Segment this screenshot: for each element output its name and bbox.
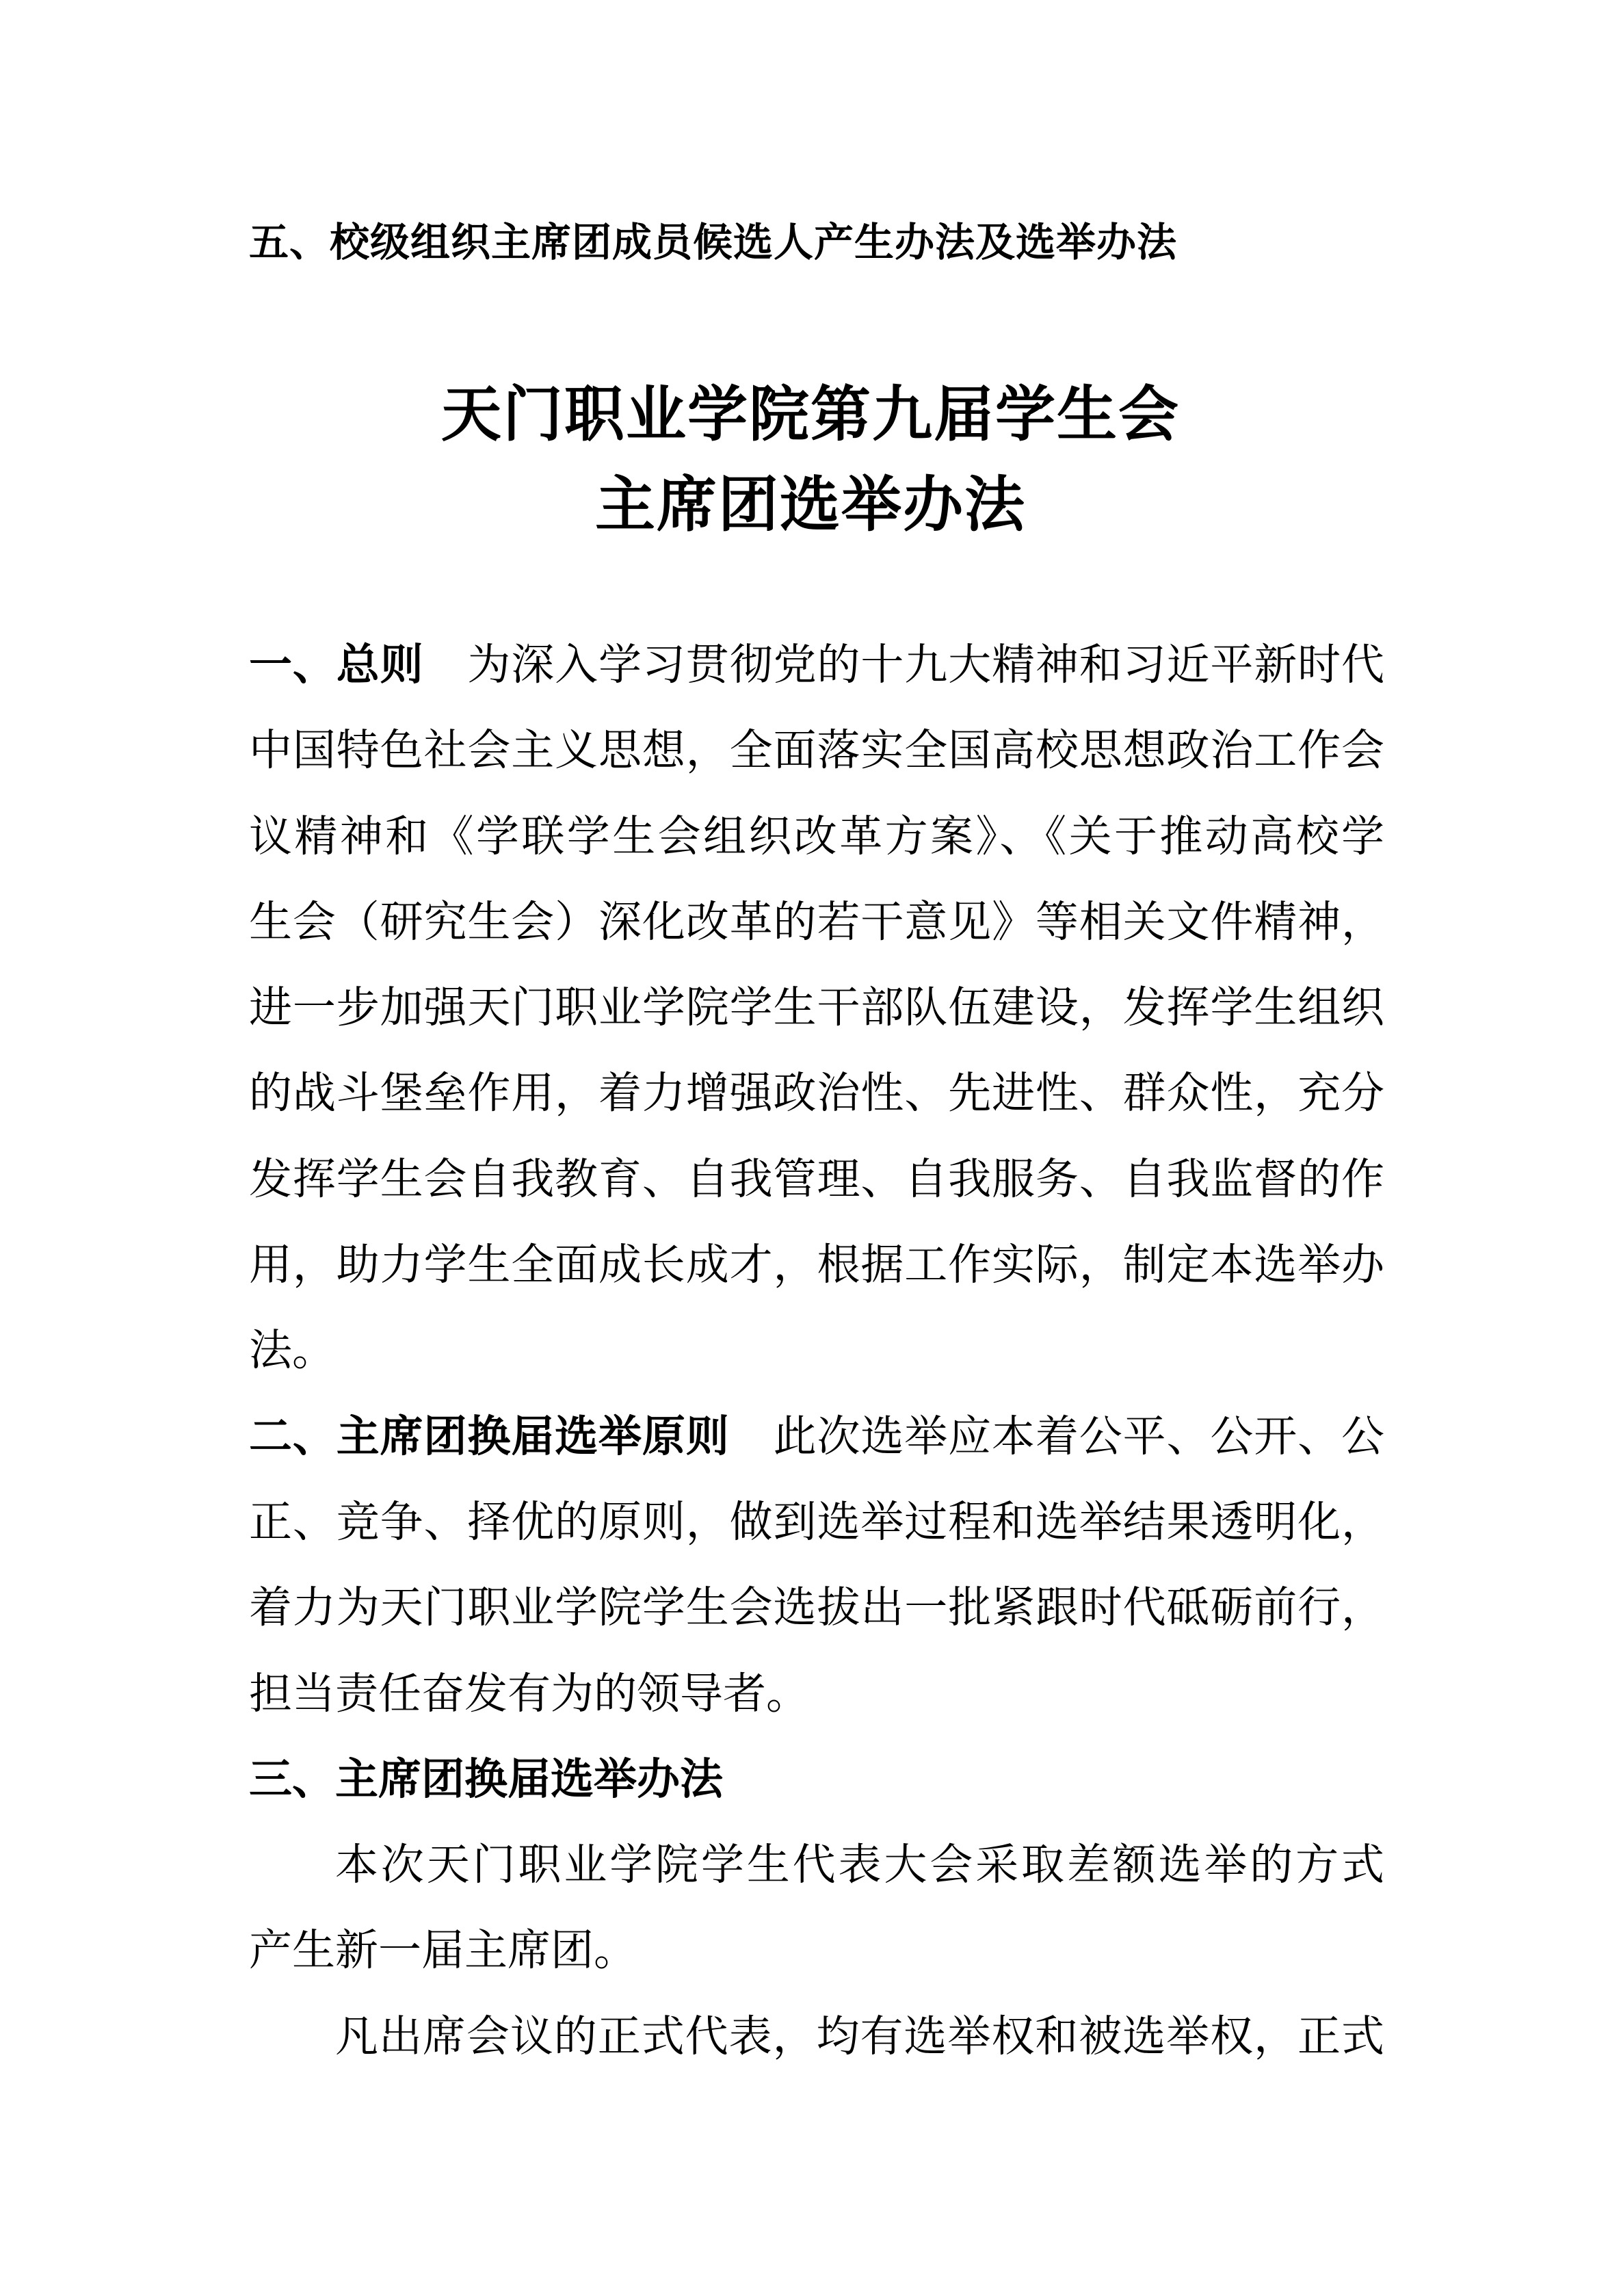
- body-line: 生会（研究生会）深化改革的若干意见》等相关文件精神，: [249, 880, 1384, 965]
- document-title: 天门职业学院第九届学生会 主席团选举办法: [0, 371, 1621, 551]
- body-line: 产生新一届主席团。: [249, 1908, 1384, 1994]
- line-text: 发挥学生会自我教育、自我管理、自我服务、自我监督的作: [249, 1156, 1384, 1203]
- line-text: 着力为天门职业学院学生会选拔出一批紧跟时代砥砺前行，: [249, 1584, 1384, 1632]
- line-text: 本次天门职业学院学生代表大会采取差额选举的方式: [335, 1841, 1384, 1889]
- body-line: 凡出席会议的正式代表，均有选举权和被选举权，正式: [249, 1994, 1384, 2080]
- line-text: 的战斗堡垒作用，着力增强政治性、先进性、群众性，充分: [249, 1069, 1384, 1117]
- line-text: 正、竞争、择优的原则，做到选举过程和选举结果透明化，: [249, 1498, 1384, 1546]
- document-body: 一、总则 为深入学习贯彻党的十九大精神和习近平新时代中国特色社会主义思想，全面落…: [249, 623, 1384, 2080]
- line-text: 凡出席会议的正式代表，均有选举权和被选举权，正式: [335, 2013, 1384, 2061]
- line-text: 产生新一届主席团。: [249, 1927, 637, 1974]
- line-text: 用，助力学生全面成长成才，根据工作实际，制定本选举办: [249, 1241, 1384, 1289]
- body-line: 三、主席团换届选举办法: [249, 1737, 1384, 1823]
- line-text: 生会（研究生会）深化改革的若干意见》等相关文件精神，: [249, 898, 1384, 946]
- line-bold-lead: 一、总则: [249, 641, 424, 689]
- line-bold-lead: 二、主席团换届选举原则: [249, 1413, 730, 1461]
- line-text: 中国特色社会主义思想，全面落实全国高校思想政治工作会: [249, 727, 1384, 774]
- body-line: 发挥学生会自我教育、自我管理、自我服务、自我监督的作: [249, 1137, 1384, 1223]
- body-line: 着力为天门职业学院学生会选拔出一批紧跟时代砥砺前行，: [249, 1565, 1384, 1651]
- body-line: 进一步加强天门职业学院学生干部队伍建设，发挥学生组织: [249, 965, 1384, 1051]
- line-text: 议精神和《学联学生会组织改革方案》、《关于推动高校学: [249, 813, 1384, 861]
- body-line: 中国特色社会主义思想，全面落实全国高校思想政治工作会: [249, 708, 1384, 794]
- line-text: 此次选举应本着公平、公开、公: [730, 1413, 1384, 1461]
- body-line: 法。: [249, 1308, 1384, 1394]
- title-line-1: 天门职业学院第九届学生会: [0, 371, 1621, 461]
- line-text: 进一步加强天门职业学院学生干部队伍建设，发挥学生组织: [249, 984, 1384, 1032]
- section-header: 五、校级组织主席团成员候选人产生办法及选举办法: [249, 216, 1372, 270]
- body-line: 议精神和《学联学生会组织改革方案》、《关于推动高校学: [249, 794, 1384, 880]
- body-line: 二、主席团换届选举原则 此次选举应本着公平、公开、公: [249, 1394, 1384, 1480]
- body-line: 的战斗堡垒作用，着力增强政治性、先进性、群众性，充分: [249, 1051, 1384, 1136]
- body-line: 一、总则 为深入学习贯彻党的十九大精神和习近平新时代: [249, 623, 1384, 708]
- line-bold-lead: 三、主席团换届选举办法: [249, 1756, 723, 1803]
- title-line-2: 主席团选举办法: [0, 461, 1621, 551]
- body-line: 正、竞争、择优的原则，做到选举过程和选举结果透明化，: [249, 1480, 1384, 1565]
- line-text: 法。: [249, 1327, 335, 1374]
- body-line: 担当责任奋发有为的领导者。: [249, 1652, 1384, 1737]
- line-text: 为深入学习贯彻党的十九大精神和习近平新时代: [424, 641, 1384, 689]
- document-page: 五、校级组织主席团成员候选人产生办法及选举办法 天门职业学院第九届学生会 主席团…: [0, 0, 1621, 2296]
- body-line: 用，助力学生全面成长成才，根据工作实际，制定本选举办: [249, 1223, 1384, 1308]
- line-text: 担当责任奋发有为的领导者。: [249, 1670, 809, 1718]
- body-line: 本次天门职业学院学生代表大会采取差额选举的方式: [249, 1823, 1384, 1908]
